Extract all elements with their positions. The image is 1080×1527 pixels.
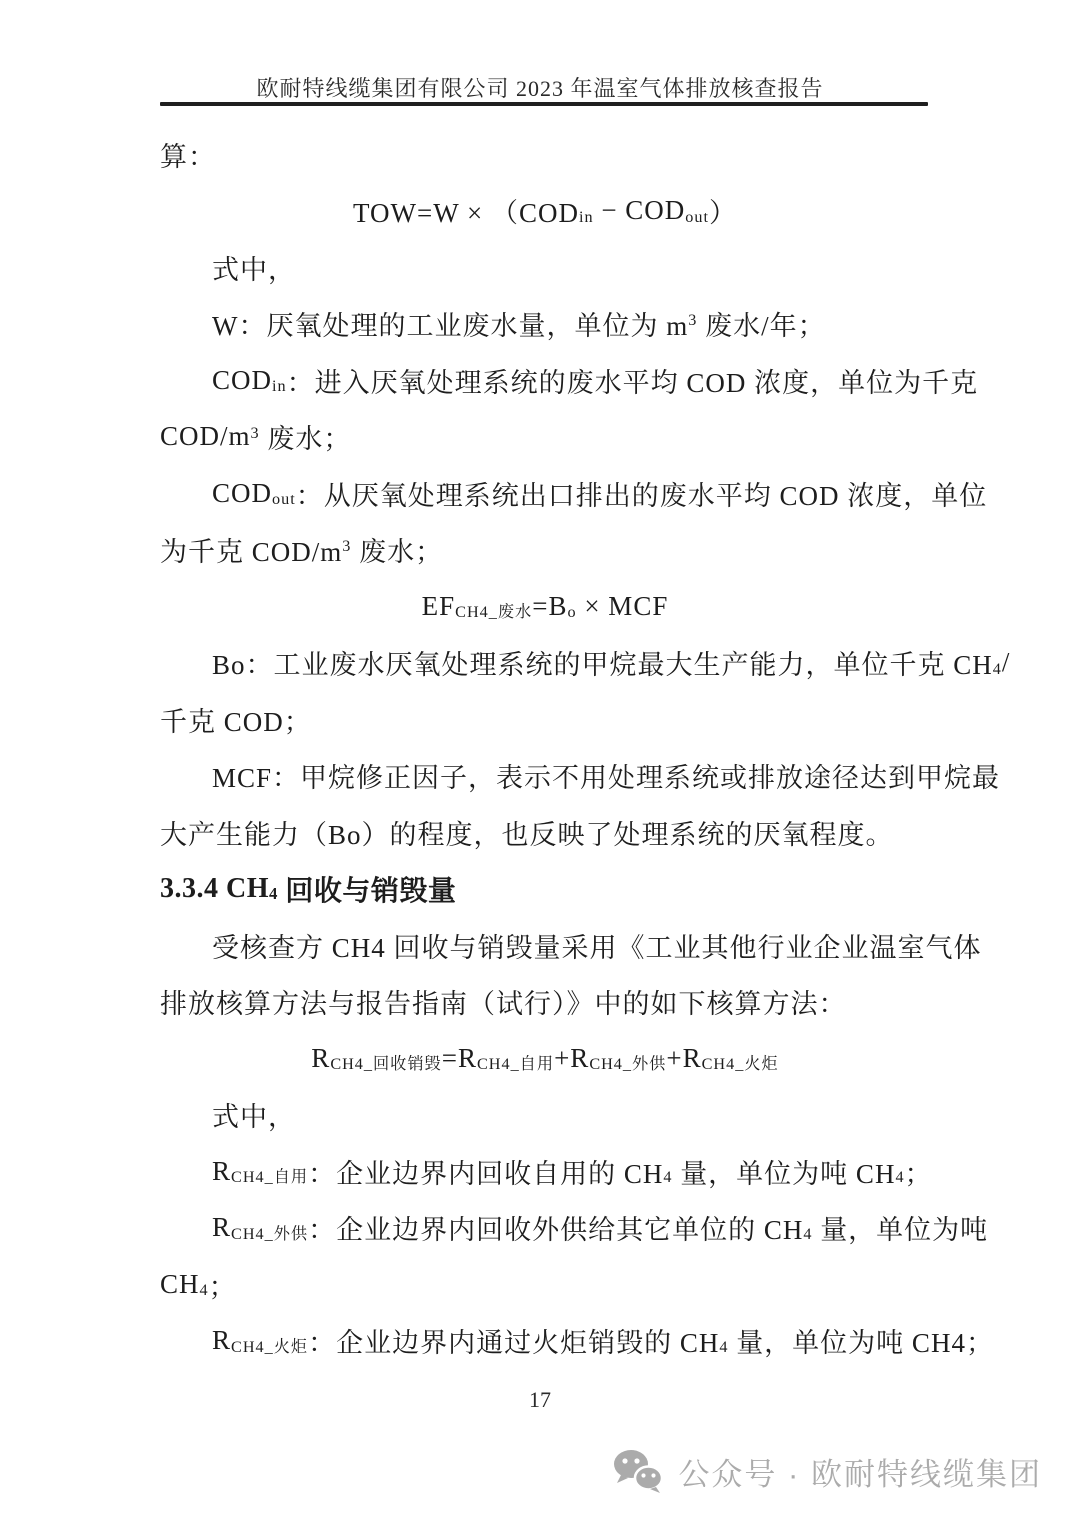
text-line: CODin：进入厌氧处理系统的废水平均 COD 浓度，单位为千克 [160, 352, 930, 409]
text-line: RCH4_火炬：企业边界内通过火炬销毁的 CH4 量，单位为吨 CH4； [160, 1313, 930, 1370]
text-line: 算： [160, 126, 930, 183]
text-line: 大产生能力（Bo）的程度，也反映了处理系统的厌氧程度。 [160, 804, 930, 861]
text-line: Bo：工业废水厌氧处理系统的甲烷最大生产能力，单位千克 CH4/ [160, 635, 930, 692]
formula-line: TOW=W × （CODin − CODout） [160, 183, 930, 240]
page-number: 17 [0, 1387, 1080, 1413]
formula-line: EFCH4_废水=Bo × MCF [160, 578, 930, 635]
footer-label: 公众号 · 欧耐特线缆集团 [678, 1449, 1042, 1494]
header-rule [160, 102, 928, 106]
text-line: 为千克 COD/m3 废水； [160, 522, 930, 579]
body-lines: 算：TOW=W × （CODin − CODout）式中，W：厌氧处理的工业废水… [160, 126, 930, 1369]
text-line: 式中， [160, 239, 930, 296]
page-header-title: 欧耐特线缆集团有限公司 2023 年温室气体排放核查报告 [0, 72, 1080, 103]
wechat-icon [612, 1448, 664, 1494]
text-line: COD/m3 废水； [160, 409, 930, 466]
wechat-footer: 公众号 · 欧耐特线缆集团 [612, 1448, 1042, 1494]
text-line: CODout：从厌氧处理系统出口排出的废水平均 COD 浓度，单位 [160, 465, 930, 522]
text-line: MCF：甲烷修正因子，表示不用处理系统或排放途径达到甲烷最 [160, 748, 930, 805]
text-line: 受核查方 CH4 回收与销毁量采用《工业其他行业企业温室气体 [160, 917, 930, 974]
section-heading: 3.3.4 CH4 回收与销毁量 [160, 861, 930, 918]
text-line: 式中， [160, 1087, 930, 1144]
document-page: 欧耐特线缆集团有限公司 2023 年温室气体排放核查报告 算：TOW=W × （… [0, 0, 1080, 1527]
text-line: RCH4_自用：企业边界内回收自用的 CH4 量，单位为吨 CH4； [160, 1143, 930, 1200]
text-line: CH4； [160, 1256, 930, 1313]
text-line: RCH4_外供：企业边界内回收外供给其它单位的 CH4 量，单位为吨 [160, 1200, 930, 1257]
text-line: W：厌氧处理的工业废水量，单位为 m3 废水/年； [160, 296, 930, 353]
text-line: 排放核算方法与报告指南（试行）》中的如下核算方法： [160, 974, 930, 1031]
text-line: 千克 COD； [160, 691, 930, 748]
formula-line: RCH4_回收销毁=RCH4_自用+RCH4_外供+RCH4_火炬 [160, 1030, 930, 1087]
